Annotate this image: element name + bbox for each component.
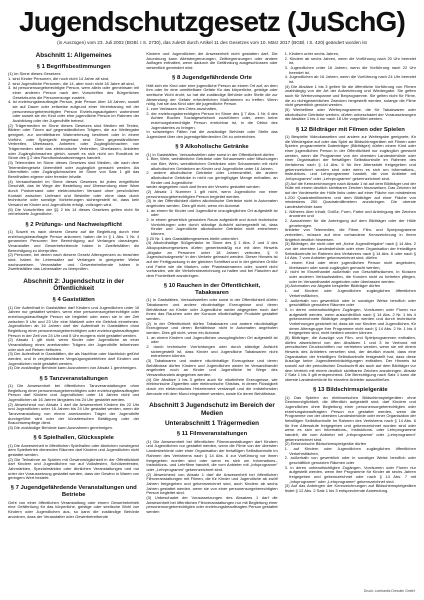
numbered-item: 3. in deren unbeaufsichtigten Zugängen, … <box>285 308 416 336</box>
numbered-item: 2. der erziehungsberechtigten Person im … <box>146 112 277 131</box>
body-text: (4) Die Absätze 1 bis 3 gelten auch für … <box>146 378 277 397</box>
body-text: (4) Alkoholhaltige Süßgetränke im Sinne … <box>146 241 277 278</box>
paragraph-heading: § 11 Filmveranstaltungen <box>148 431 275 438</box>
body-text: (2) Abweichend von Absatz 1 darf die Anw… <box>146 473 277 496</box>
numbered-item: 2. nicht im Einzelhandel außerhalb von G… <box>285 270 416 284</box>
paragraph-heading: § 12 Bildträger mit Filmen oder Spielen <box>287 127 414 134</box>
paragraph-heading: § 1 Begriffsbestimmungen <box>10 64 137 71</box>
section-heading: Abschnitt 1: Allgemeines <box>10 52 137 59</box>
print-credit: Druck: Lombardis Dresden GmbH <box>364 589 415 593</box>
body-text: (1) Bespielte Videokassetten und andere … <box>285 135 416 182</box>
numbered-item: 4. ist erziehungsbeauftragte Person, jed… <box>8 100 139 123</box>
paragraph-heading: § 6 Spielhallen, Glücksspiele <box>10 435 137 442</box>
body-text: (3) Der Aufenthalt in Gaststätten, die a… <box>8 352 139 366</box>
body-text: (1) Die Anwesenheit bei öffentlichen Tan… <box>8 384 139 403</box>
body-text: (2) Personen, bei denen nach diesem Gese… <box>8 253 139 272</box>
body-text: (3) Telemedien im Sinne dieses Gesetzes … <box>8 161 139 180</box>
body-text: (4) Versandhandel im Sinne dieses Gesetz… <box>8 180 139 208</box>
body-text: (2) Absatz 1 gilt nicht, wenn Kinder ode… <box>8 338 139 352</box>
numbered-item: 2. in einem gewerblich genutzten Raum au… <box>146 218 277 237</box>
document-subtitle: (in Auszügen) vom 23. Juli 2002 (BGBl. I… <box>8 40 416 45</box>
numbered-item: 3. in deren unbeaufsichtigten Zugängen, … <box>285 466 416 485</box>
body-text: (2) In der Öffentlichkeit dürfen Tabakwa… <box>146 322 277 336</box>
paragraph-heading: § 8 Jugendgefährdende Orte <box>148 75 275 82</box>
body-text: (1) In Gaststätten, Verkaufsstellen oder… <box>146 298 277 321</box>
paragraph-heading: § 2 Prüfungs- und Nachweispflicht <box>10 222 137 229</box>
body-text: Kindern und Jugendlichen die Anwesenheit… <box>146 52 277 71</box>
column-3: 1. Kindern unter sechs Jahren,2. Kindern… <box>285 52 416 592</box>
body-text: (1) Der Aufenthalt in Gaststätten darf K… <box>8 306 139 339</box>
body-text: (1) Soweit es nach diesem Gesetz auf die… <box>8 230 139 253</box>
text-columns: Abschnitt 1: Allgemeines§ 1 Begriffsbest… <box>8 52 416 592</box>
column-2: Kindern und Jugendlichen die Anwesenheit… <box>146 52 277 592</box>
paragraph-heading: § 4 Gaststätten <box>10 297 137 304</box>
body-text: (3) Unbeschadet der Voraussetzungen des … <box>146 496 277 515</box>
body-text: Hält sich ein Kind oder eine jugendliche… <box>146 84 277 107</box>
body-text: (5) Werbefilme oder Werbeprogramme, die … <box>285 108 416 122</box>
body-text: (3) Bildträger, die nicht oder mit „Kein… <box>285 242 416 261</box>
numbered-item: 2. andere alkoholische Getränke oder Leb… <box>146 171 277 185</box>
body-text: (5) Die Vorschriften der §§ 2 bis 14 die… <box>8 208 139 217</box>
paragraph-heading: § 7 Jugendgefährdende Veranstaltungen un… <box>10 485 137 498</box>
subsection-heading: Unterabschnitt 1 Trägermedien <box>148 420 275 427</box>
paragraph-heading: § 9 Alkoholische Getränke <box>148 144 275 151</box>
body-text: (2) Auf die Kennzeichnungen nach Absatz … <box>285 182 416 210</box>
body-text: (2) Die Teilnahme an Spielen mit Gewinnm… <box>8 458 139 481</box>
body-text: (5) Bildträger, die Auszüge von Film- un… <box>285 336 416 383</box>
paragraph-heading: § 13 Bildschirmspielgeräte <box>287 387 414 394</box>
body-text: (3) Auf das Anbringen der Kennzeichnunge… <box>285 484 416 493</box>
body-text: (1) Die Anwesenheit bei öffentlichen Fil… <box>146 440 277 473</box>
numbered-item: 1. Bier, Wein, weinähnliche Getränke ode… <box>146 157 277 171</box>
body-text: (3) Tabakwaren und andere nikotinhaltige… <box>146 359 277 378</box>
paragraph-heading: § 5 Tanzveranstaltungen <box>10 376 137 383</box>
law-poster-page: Jugendschutzgesetz (JuSchG) (in Auszügen… <box>0 0 424 600</box>
paragraph-heading: § 10 Rauchen in der Öffentlichkeit, Taba… <box>148 283 275 296</box>
body-text: (1) Die Anwesenheit in öffentlichen Spie… <box>8 444 139 458</box>
numbered-item: 3. ist personensorgeberechtigte Person, … <box>8 86 139 100</box>
body-text: (2) Trägermedien im Sinne dieses Gesetze… <box>8 124 139 161</box>
numbered-item: 2. durch technische Vorrichtungen oder d… <box>146 345 277 359</box>
column-1: Abschnitt 1: Allgemeines§ 1 Begriffsbest… <box>8 52 139 592</box>
body-text: Geht von einer öffentlichen Veranstaltun… <box>8 501 139 520</box>
body-text: (1) Das Spielen an elektronischen Bildsc… <box>285 396 416 443</box>
document-title: Jugendschutzgesetz (JuSchG) <box>8 6 416 38</box>
body-text: (4) Die Absätze 1 bis 3 gelten für die ö… <box>285 85 416 108</box>
body-text: (2) Abweichend von Absatz 1 darf die Anw… <box>8 403 139 426</box>
section-heading: Abschnitt 2: Jugendschutz in der Öffentl… <box>10 278 137 293</box>
body-text: (3) Die zuständige Behörde kann Ausnahme… <box>8 426 139 431</box>
body-text: (4) Die zuständige Behörde kann Ausnahme… <box>8 366 139 371</box>
body-text: In schwierigen Fällen hat die zuständige… <box>146 130 277 139</box>
section-heading: Abschnitt 3 Jugendschutz im Bereich der … <box>148 402 275 417</box>
body-text: Anbieter von Telemedien, die Filme, Film… <box>285 228 416 242</box>
